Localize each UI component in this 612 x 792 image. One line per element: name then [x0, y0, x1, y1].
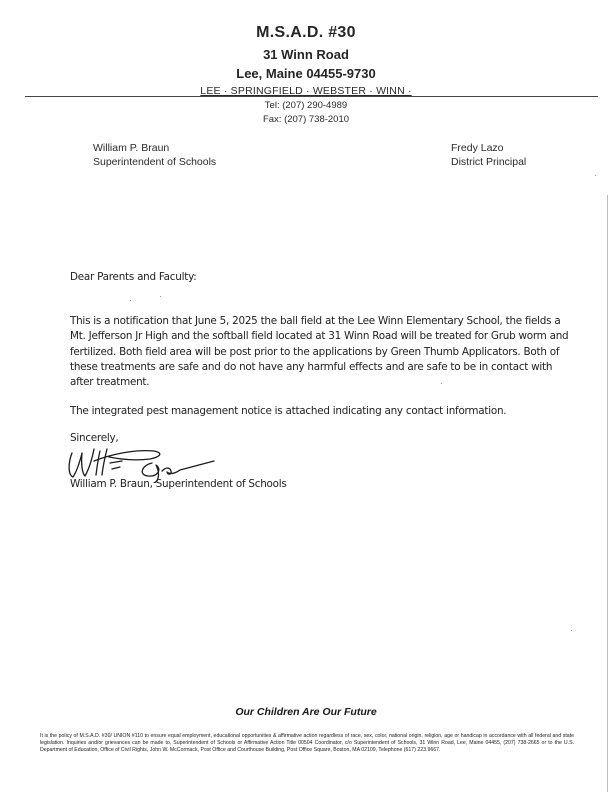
address-line-2: Lee, Maine 04455-9730 [0, 66, 612, 81]
staff-principal: Fredy Lazo District Principal [451, 141, 526, 169]
scan-speck [160, 296, 161, 297]
salutation: Dear Parents and Faculty: [70, 270, 196, 285]
staff-title: Superintendent of Schools [93, 155, 216, 169]
signer-name: William P. Braun, Superintendent of Scho… [70, 477, 287, 492]
letterhead-divider [25, 96, 598, 97]
fax: Fax: (207) 738-2010 [0, 114, 612, 125]
scan-speck [130, 300, 131, 301]
scan-speck [595, 175, 596, 176]
scan-speck [441, 383, 442, 384]
equal-opportunity-policy: It is the policy of M.S.A.D. #30/ UNION … [40, 733, 574, 753]
staff-title: District Principal [451, 155, 526, 169]
scan-edge-line [607, 195, 608, 792]
letter-paragraph: The integrated pest management notice is… [70, 404, 570, 419]
staff-name: William P. Braun [93, 141, 216, 155]
scan-speck [571, 630, 572, 631]
organization-name: M.S.A.D. #30 [0, 24, 612, 42]
staff-superintendent: William P. Braun Superintendent of Schoo… [93, 141, 216, 169]
staff-name: Fredy Lazo [451, 141, 526, 155]
address-line-1: 31 Winn Road [0, 47, 612, 62]
telephone: Tel: (207) 290-4989 [0, 100, 612, 111]
letter-paragraph: This is a notification that June 5, 2025… [70, 314, 570, 390]
district-motto: Our Children Are Our Future [0, 706, 612, 718]
